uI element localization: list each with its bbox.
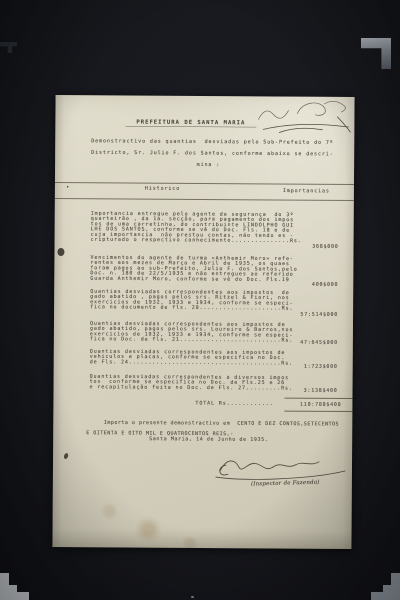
intro-paragraph: Demonstractivo das quantias desviadas pe… bbox=[91, 135, 334, 171]
total-rule-bottom bbox=[284, 411, 352, 412]
photographed-document: PREFEITURA DE SANTA MARIA Demonstractivo… bbox=[0, 0, 400, 600]
table-row-text: Importancia entregue pelo agente de segu… bbox=[91, 211, 302, 244]
table-row-value: 57:514$000 bbox=[300, 312, 338, 318]
table-row-value: 3:138$400 bbox=[304, 388, 338, 394]
table-row-value: 400$000 bbox=[312, 282, 338, 288]
handwritten-signature bbox=[213, 452, 351, 483]
signature-caption: (Inspector de Fazenda) bbox=[251, 479, 320, 487]
document-paper: PREFEITURA DE SANTA MARIA Demonstractivo… bbox=[52, 95, 354, 549]
registration-corner-icon bbox=[0, 573, 29, 600]
table-row-value: 368$000 bbox=[312, 244, 338, 250]
column-header-importancias: Importancias bbox=[283, 189, 330, 195]
table-row-text: Quantias desviadas correspondentes aos i… bbox=[90, 289, 293, 311]
table-row-text: Quantias desviadas correspondentes a div… bbox=[90, 374, 293, 391]
table-row-text: Quantias desviadas correspondentes aos i… bbox=[90, 349, 293, 366]
registration-corner-icon bbox=[371, 573, 400, 600]
ink-blot bbox=[57, 248, 64, 256]
document-content: PREFEITURA DE SANTA MARIA Demonstractivo… bbox=[52, 95, 354, 549]
total-rule-top bbox=[284, 398, 352, 399]
dust-speck bbox=[191, 596, 194, 598]
registration-edge-icon bbox=[0, 42, 17, 53]
page-title: PREFEITURA DE SANTA MARIA bbox=[125, 118, 256, 127]
table-row-value: 47:645$000 bbox=[300, 340, 338, 346]
column-header-historico: Historico bbox=[145, 186, 180, 191]
total-label: TOTAL Rs............ bbox=[195, 401, 273, 407]
table-rule-top bbox=[55, 182, 354, 185]
ink-speck bbox=[63, 453, 69, 460]
handwritten-annotation bbox=[249, 96, 354, 142]
table-row-value: 1:723$000 bbox=[304, 364, 338, 370]
dateline: Santa Maria, 14 de Junho de 1935. bbox=[149, 437, 268, 443]
table-row-text: Quantias desviadas correspondentes aos i… bbox=[90, 321, 293, 343]
table-row-text: Vencimentos do agente de turma «Anthemir… bbox=[90, 255, 297, 282]
ink-speck bbox=[67, 186, 69, 188]
registration-corner-icon bbox=[361, 38, 391, 69]
total-value: 110:788$400 bbox=[300, 402, 341, 408]
table-rule-header bbox=[55, 198, 354, 201]
